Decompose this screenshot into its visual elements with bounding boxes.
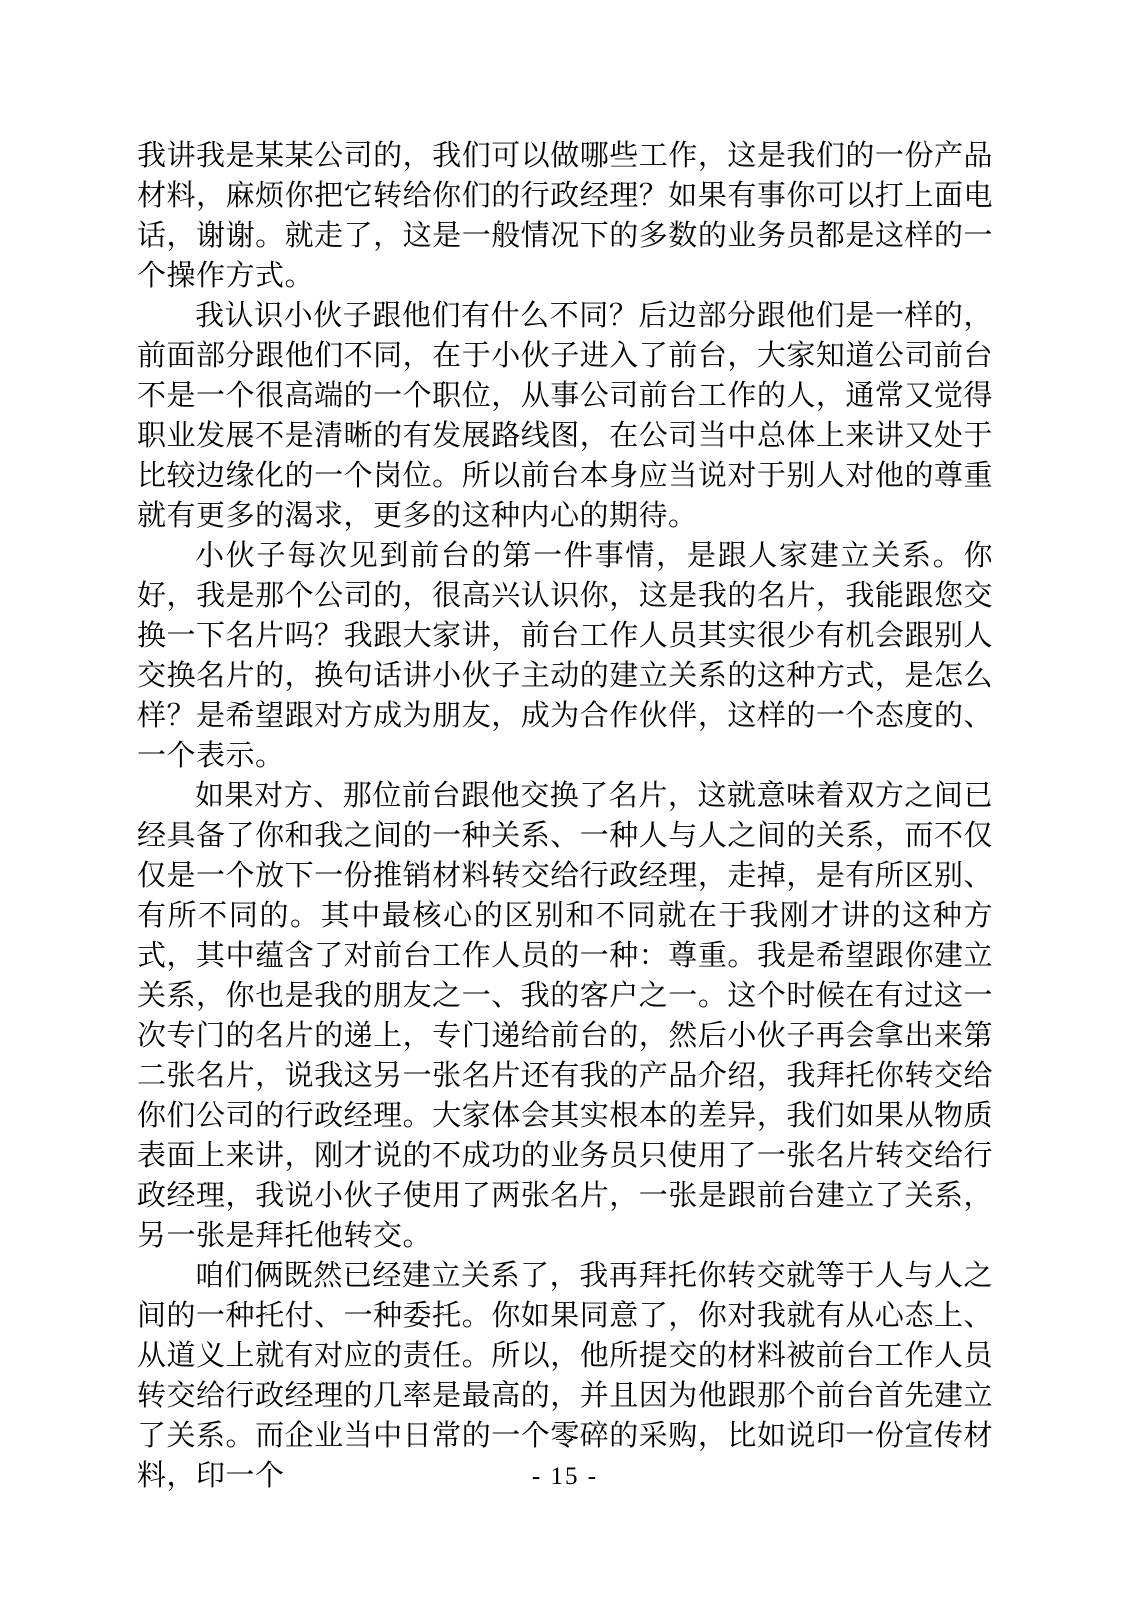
page-number: - 15 -	[137, 1462, 993, 1492]
paragraph-2: 我认识小伙子跟他们有什么不同？后边部分跟他们是一样的，前面部分跟他们不同，在于小…	[137, 296, 993, 536]
paragraph-1: 我讲我是某某公司的，我们可以做哪些工作，这是我们的一份产品材料，麻烦你把它转给你…	[137, 136, 993, 296]
paragraph-4: 如果对方、那位前台跟他交换了名片，这就意味着双方之间已经具备了你和我之间的一种关…	[137, 776, 993, 1256]
document-page: 我讲我是某某公司的，我们可以做哪些工作，这是我们的一份产品材料，麻烦你把它转给你…	[0, 0, 1131, 1600]
paragraph-5: 咱们俩既然已经建立关系了，我再拜托你转交就等于人与人之间的一种托付、一种委托。你…	[137, 1256, 993, 1496]
paragraph-3: 小伙子每次见到前台的第一件事情，是跟人家建立关系。你好，我是那个公司的，很高兴认…	[137, 536, 993, 776]
text-body: 我讲我是某某公司的，我们可以做哪些工作，这是我们的一份产品材料，麻烦你把它转给你…	[137, 136, 993, 1496]
